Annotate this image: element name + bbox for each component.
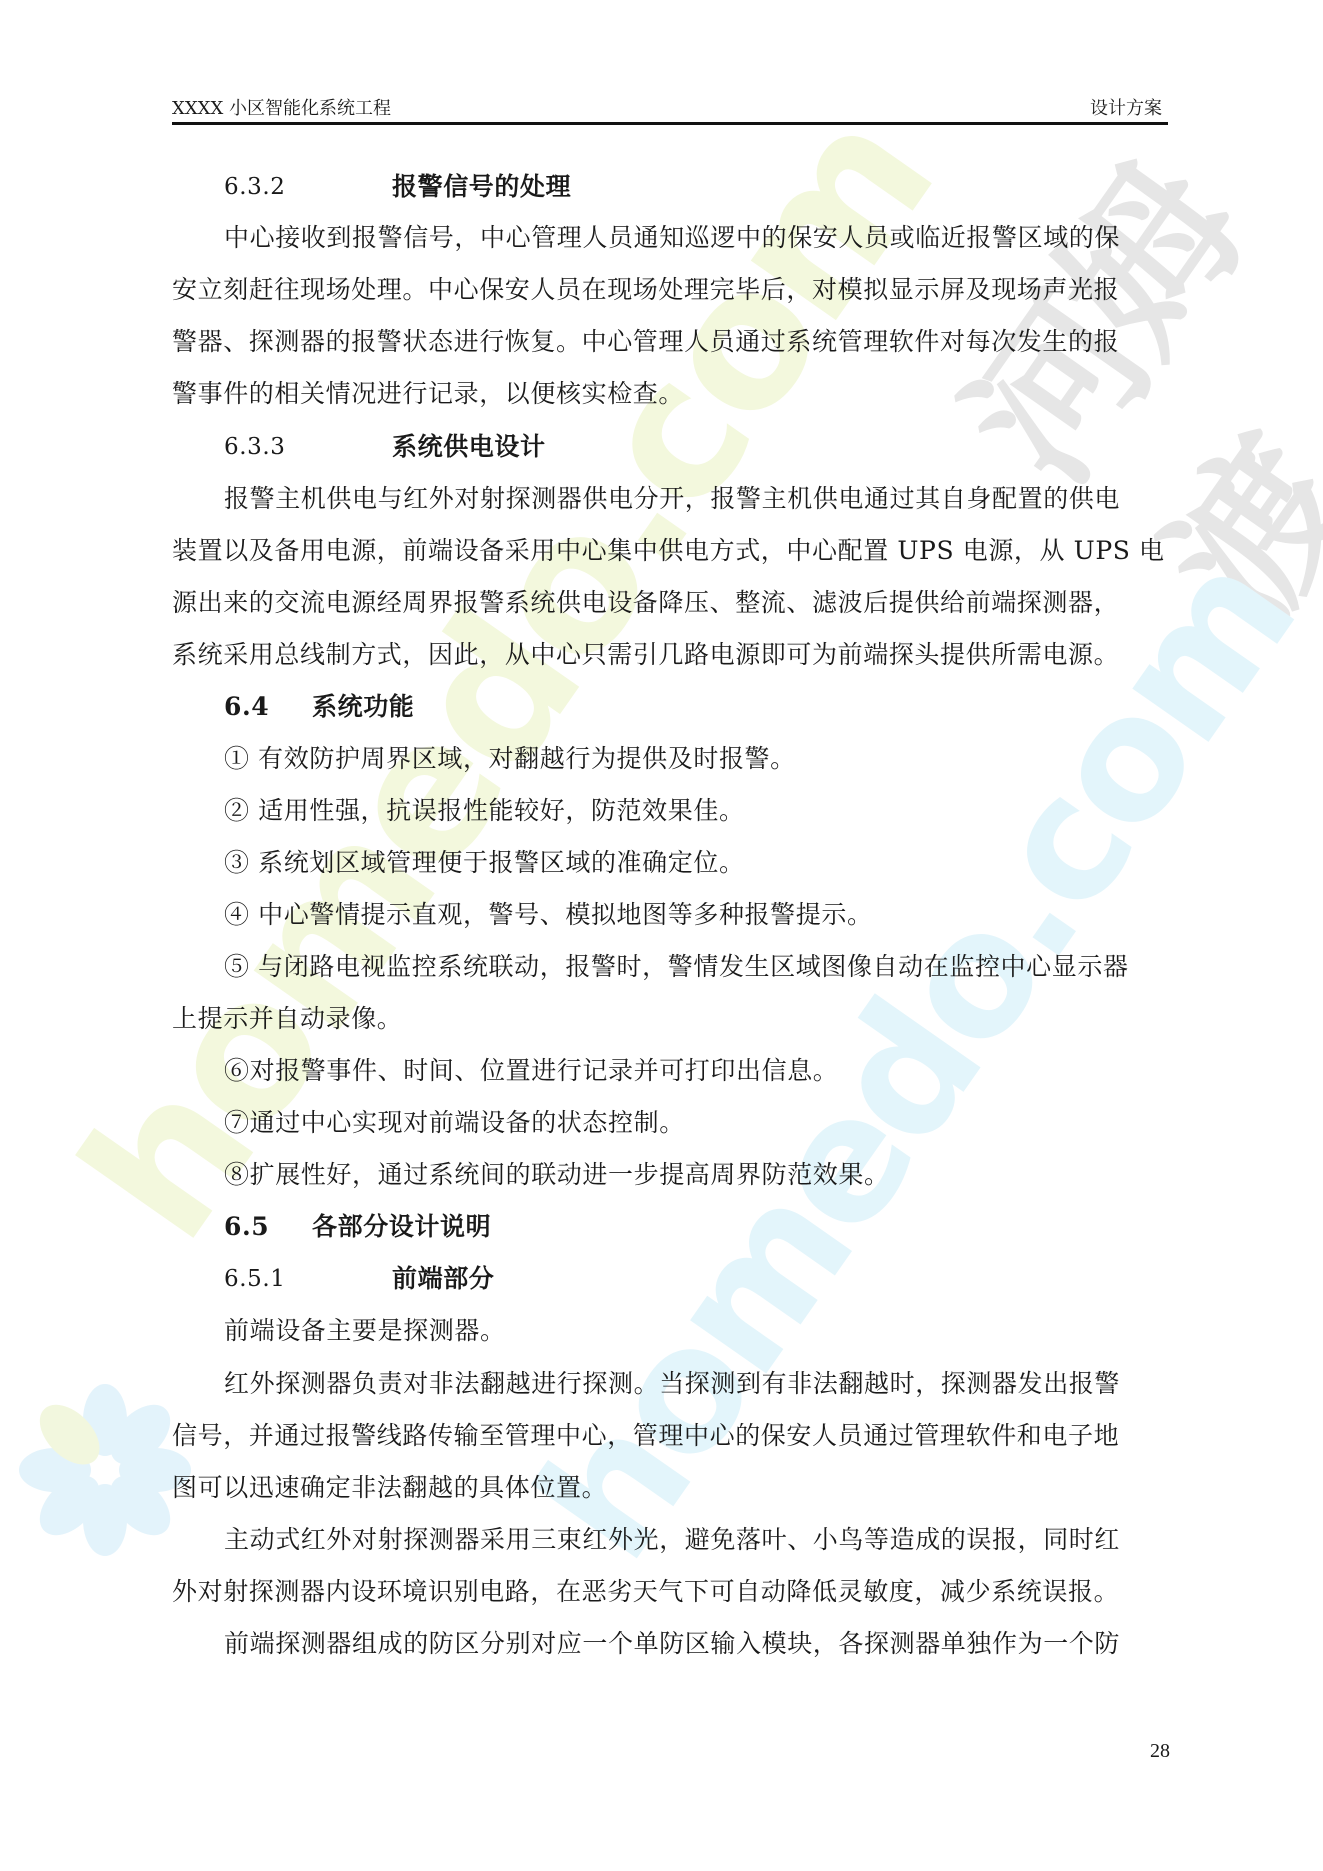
heading-title: 各部分设计说明 <box>312 1201 491 1253</box>
paragraph-line: 警事件的相关情况进行记录，以便核实检查。 <box>172 368 1168 420</box>
list-item: ⑥对报警事件、时间、位置进行记录并可打印出信息。 <box>172 1045 1168 1097</box>
header-title: XXXX 小区智能化系统工程 <box>172 94 391 120</box>
paragraph-line: 红外探测器负责对非法翻越进行探测。当探测到有非法翻越时，探测器发出报警 <box>172 1358 1168 1410</box>
list-item: ⑦通过中心实现对前端设备的状态控制。 <box>172 1097 1168 1149</box>
paragraph-line: 警器、探测器的报警状态进行恢复。中心管理人员通过系统管理软件对每次发生的报 <box>172 316 1168 368</box>
heading-number: 6.3.2 <box>224 161 286 213</box>
heading-number: 6.3.3 <box>224 421 286 473</box>
document-page: XXXX 小区智能化系统工程 设计方案 6.3.2 报警信号的处理 中心接收到报… <box>0 0 1323 1871</box>
heading-title: 系统供电设计 <box>392 421 546 473</box>
heading-6-3-3: 6.3.3 系统供电设计 <box>172 421 1168 473</box>
heading-6-3-2: 6.3.2 报警信号的处理 <box>172 161 1168 213</box>
heading-6-5: 6.5 各部分设计说明 <box>172 1201 1168 1253</box>
list-item: ② 适用性强，抗误报性能较好，防范效果佳。 <box>172 785 1168 837</box>
heading-number: 6.5.1 <box>224 1253 286 1305</box>
paragraph-line: 主动式红外对射探测器采用三束红外光，避免落叶、小鸟等造成的误报，同时红 <box>172 1514 1168 1566</box>
list-item: ③ 系统划区域管理便于报警区域的准确定位。 <box>172 837 1168 889</box>
page-number: 28 <box>1150 1740 1170 1763</box>
paragraph-line: 图可以迅速确定非法翻越的具体位置。 <box>172 1462 1168 1514</box>
paragraph-line: 系统采用总线制方式，因此，从中心只需引几路电源即可为前端探头提供所需电源。 <box>172 629 1168 681</box>
paragraph-line: 前端探测器组成的防区分别对应一个单防区输入模块，各探测器单独作为一个防 <box>172 1618 1168 1670</box>
paragraph-line: 源出来的交流电源经周界报警系统供电设备降压、整流、滤波后提供给前端探测器， <box>172 577 1168 629</box>
list-item-continuation: 上提示并自动录像。 <box>172 993 1168 1045</box>
heading-number: 6.4 <box>224 681 269 733</box>
header-doc-type: 设计方案 <box>1090 94 1162 120</box>
heading-number: 6.5 <box>224 1201 269 1253</box>
paragraph-line: 外对射探测器内设环境识别电路，在恶劣天气下可自动降低灵敏度，减少系统误报。 <box>172 1566 1168 1618</box>
page-header: XXXX 小区智能化系统工程 设计方案 <box>172 94 1168 125</box>
heading-title: 前端部分 <box>392 1253 494 1305</box>
list-item: ① 有效防护周界区域，对翻越行为提供及时报警。 <box>172 733 1168 785</box>
list-item: ④ 中心警情提示直观，警号、模拟地图等多种报警提示。 <box>172 889 1168 941</box>
list-item: ⑤ 与闭路电视监控系统联动，报警时，警情发生区域图像自动在监控中心显示器 <box>172 941 1168 993</box>
paragraph-line: 装置以及备用电源，前端设备采用中心集中供电方式，中心配置 UPS 电源，从 UP… <box>172 525 1168 577</box>
list-item: ⑧扩展性好，通过系统间的联动进一步提高周界防范效果。 <box>172 1149 1168 1201</box>
heading-title: 报警信号的处理 <box>392 161 571 213</box>
heading-6-4: 6.4 系统功能 <box>172 681 1168 733</box>
paragraph-line: 安立刻赶往现场处理。中心保安人员在现场处理完毕后，对模拟显示屏及现场声光报 <box>172 264 1168 316</box>
paragraph-line: 信号，并通过报警线路传输至管理中心，管理中心的保安人员通过管理软件和电子地 <box>172 1410 1168 1462</box>
heading-6-5-1: 6.5.1 前端部分 <box>172 1253 1168 1305</box>
paragraph-line: 报警主机供电与红外对射探测器供电分开，报警主机供电通过其自身配置的供电 <box>172 473 1168 525</box>
paragraph-line: 中心接收到报警信号，中心管理人员通知巡逻中的保安人员或临近报警区域的保 <box>172 212 1168 264</box>
paragraph-line: 前端设备主要是探测器。 <box>172 1305 1168 1357</box>
heading-title: 系统功能 <box>312 681 414 733</box>
